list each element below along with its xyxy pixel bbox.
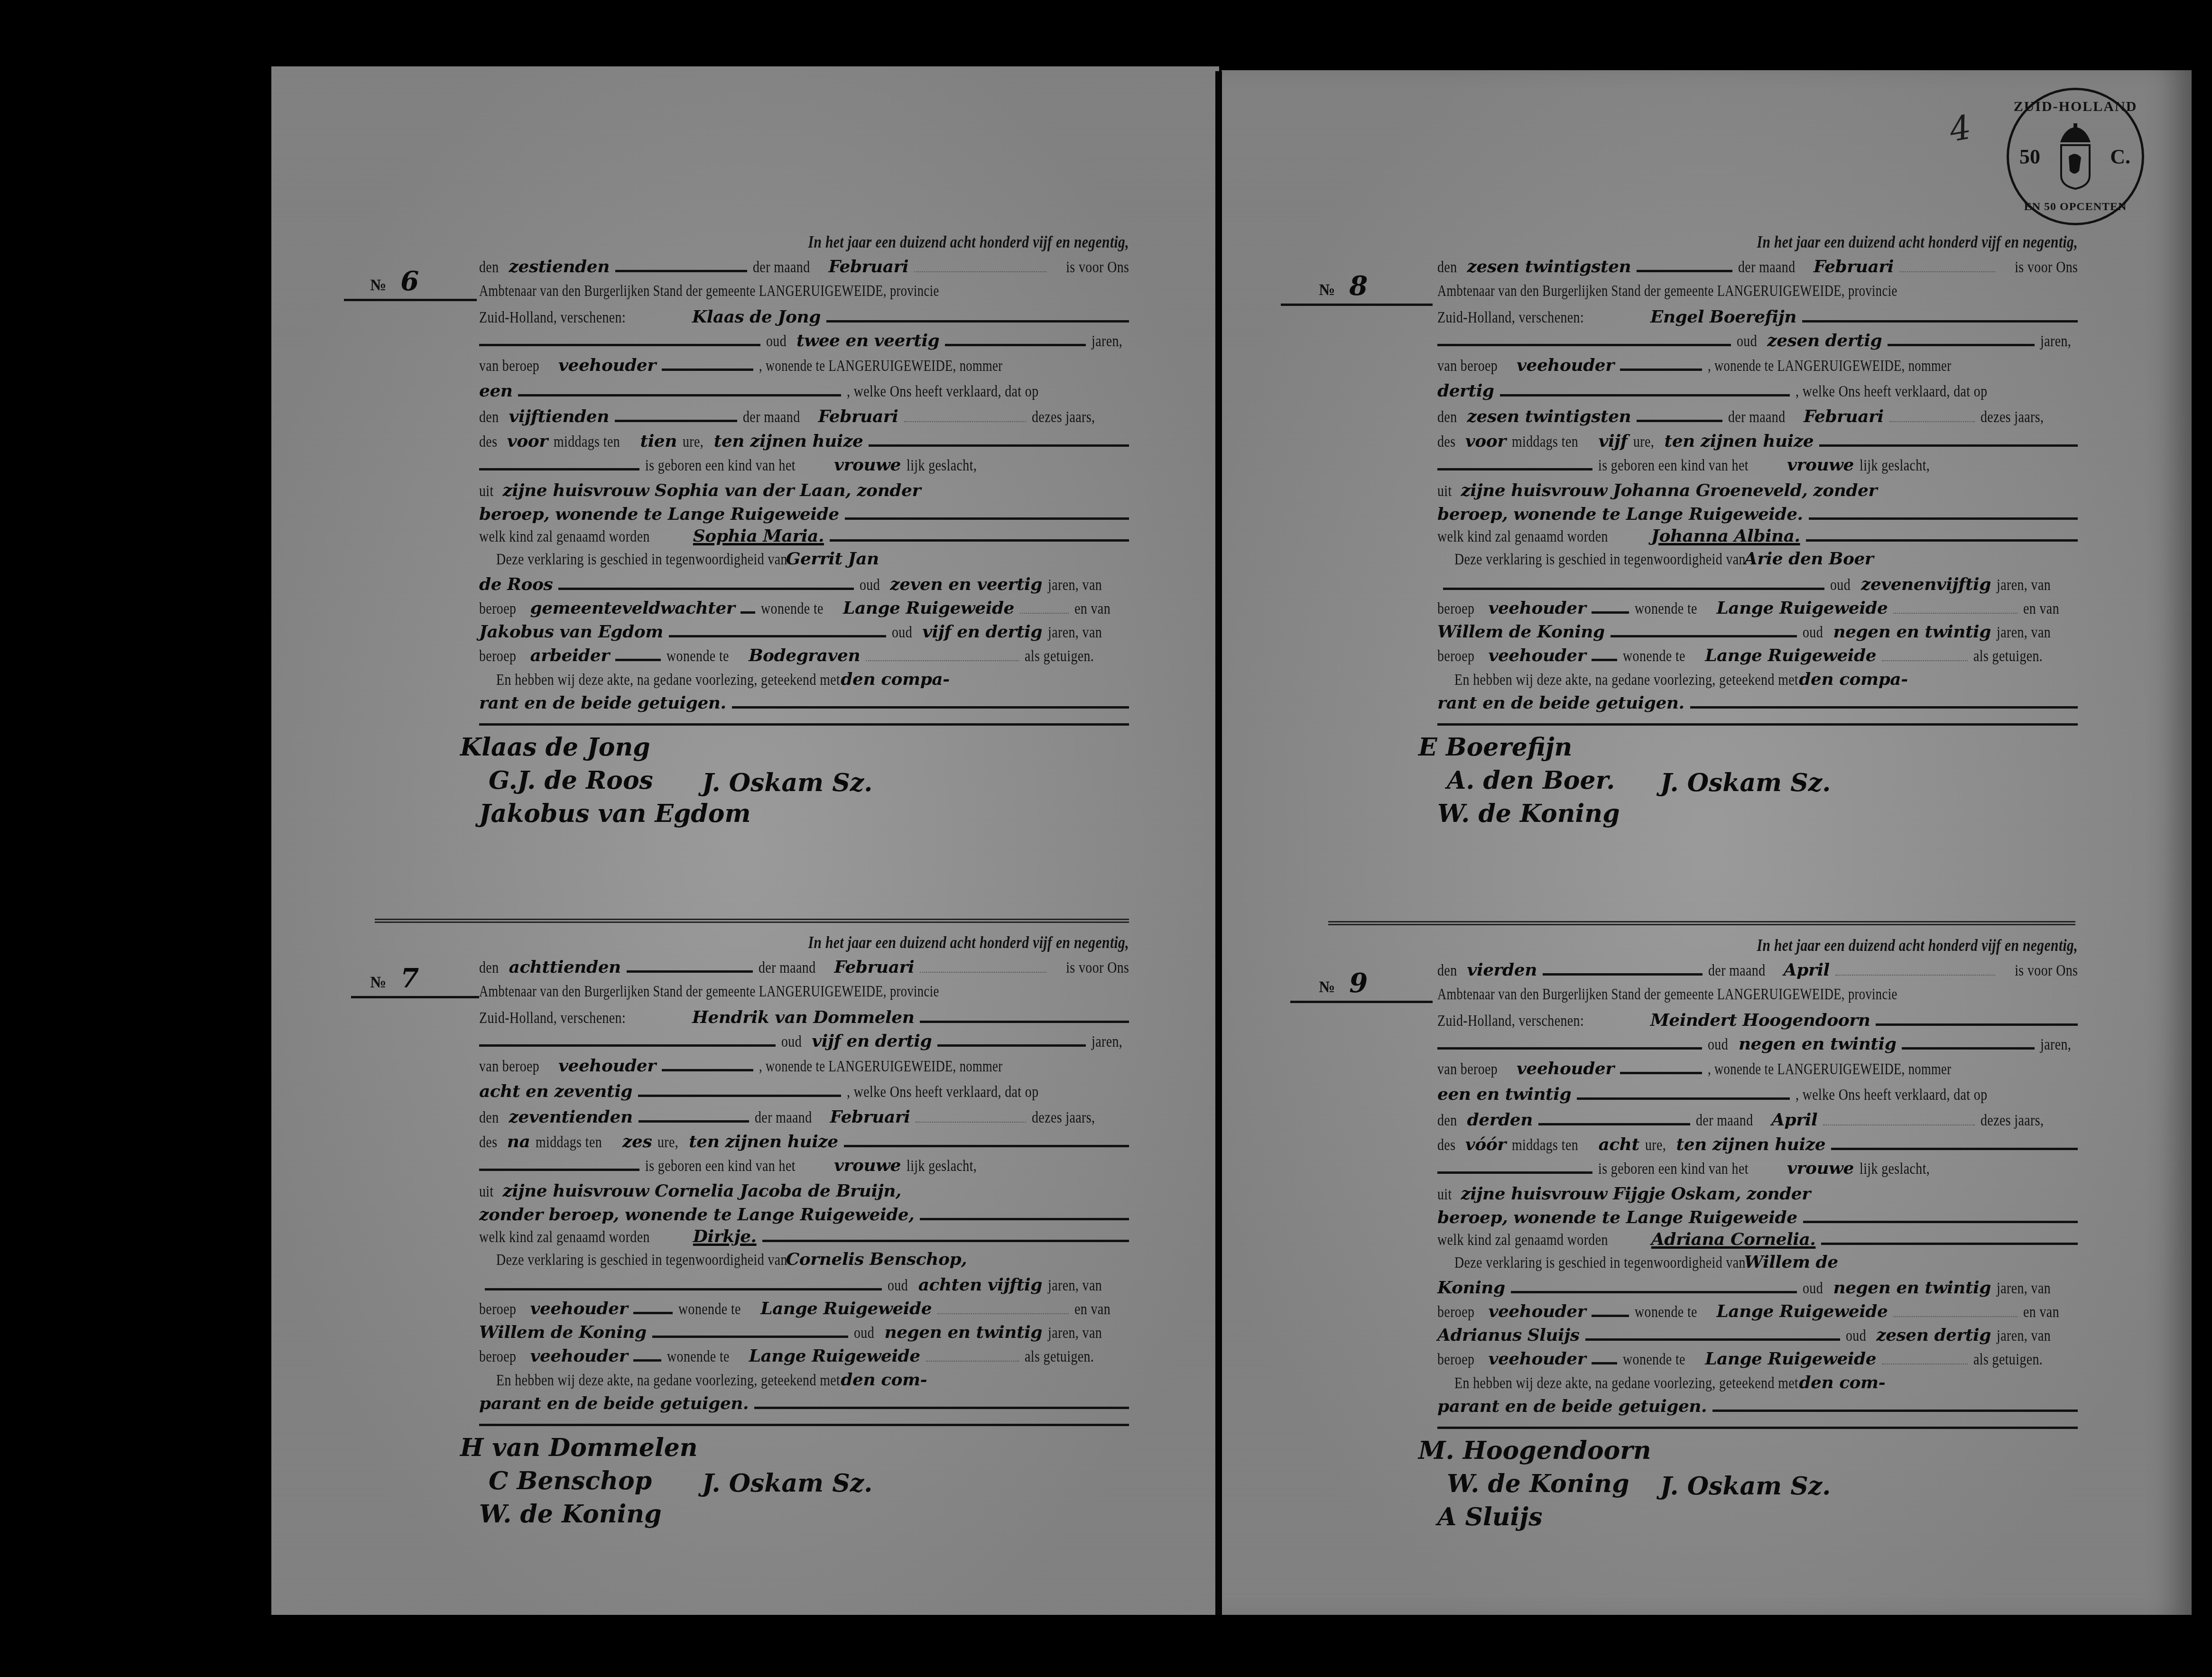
label-den-2: den: [479, 405, 499, 429]
label-oud-2: oud: [1803, 1277, 1823, 1300]
stamp-top-text: ZUID-HOLLAND: [2009, 99, 2142, 115]
label-is-geboren: is geboren een kind van het: [645, 454, 796, 478]
closing-rule: [479, 1424, 1129, 1426]
label-verschenen: Zuid-Holland, verschenen:: [479, 306, 626, 330]
witness2-age: negen en twintig: [1833, 620, 1991, 644]
label-der-maand-2: der maand: [755, 1106, 812, 1130]
label-dezes-jaars: dezes jaars,: [1981, 1109, 2044, 1133]
mother-line-1: zijne huisvrouw Sophia van der Laan, zon…: [502, 479, 920, 502]
declarant-occupation: veehouder: [1517, 1057, 1614, 1080]
label-van-beroep: van beroep: [479, 1055, 539, 1078]
label-deze-verklaring: Deze verklaring is geschied in tegenwoor…: [496, 1248, 787, 1272]
label-der-maand: der maand: [1708, 959, 1766, 983]
label-der-maand: der maand: [1738, 256, 1796, 279]
label-den: den: [479, 256, 499, 279]
stamp-bottom-text: EN 50 OPCENTEN: [2009, 201, 2142, 213]
witness1-line-1: Willem de: [1744, 1250, 1838, 1274]
label-en-hebben: En hebben wij deze akte, na gedane voorl…: [1454, 668, 1798, 692]
witness2-occupation: arbeider: [530, 644, 610, 667]
birth-month: Februari: [1804, 405, 1884, 428]
birth-place: ten zijnen huize: [1676, 1133, 1826, 1156]
witness1-line-1: Arie den Boer: [1744, 547, 1874, 571]
label-en-van: en van: [1074, 597, 1111, 621]
day-part: na: [507, 1130, 530, 1153]
birth-place: ten zijnen huize: [689, 1130, 838, 1153]
witness1-line-2: de Roos: [479, 572, 553, 596]
record-number: №7: [370, 963, 419, 994]
label-dezes-jaars: dezes jaars,: [1032, 1106, 1095, 1130]
record-number-rule: [1281, 304, 1433, 306]
signature-declarant: E Boerefijn: [1418, 733, 1572, 762]
label-welk-kind: welk kind zal genaamd worden: [1437, 1228, 1608, 1252]
birth-day: zeventienden: [509, 1105, 633, 1129]
label-ambtenaar: Ambtenaar van den Burgerlijken Stand der…: [479, 980, 939, 1004]
label-verschenen: Zuid-Holland, verschenen:: [479, 1006, 626, 1030]
witness1-residence: Lange Ruigeweide: [1717, 1299, 1888, 1323]
label-van-beroep: van beroep: [1437, 1058, 1498, 1081]
closing-text-1: den compa-: [841, 667, 949, 691]
label-beroep-2: beroep: [479, 1345, 516, 1369]
label-den-2: den: [1437, 405, 1457, 429]
label-lijk-geslacht: lijk geslacht,: [907, 454, 977, 478]
label-is-voor-ons: is voor Ons: [2015, 959, 2078, 983]
record-separator: [375, 919, 1129, 923]
label-beroep: beroep: [479, 597, 516, 621]
label-en-van: en van: [1074, 1298, 1111, 1321]
label-dezes-jaars: dezes jaars,: [1032, 405, 1095, 429]
year-header: In het jaar een duizend acht honderd vij…: [1757, 933, 2078, 957]
year-header: In het jaar een duizend acht honderd vij…: [808, 931, 1129, 954]
label-wonende-te-2: wonende te: [1623, 645, 1685, 668]
label-als-getuigen: als getuigen.: [1025, 645, 1094, 668]
label-beroep-2: beroep: [479, 645, 516, 668]
registration-day: achttienden: [509, 955, 621, 979]
label-beroep-2: beroep: [1437, 645, 1474, 668]
witness1-line-2: Koning: [1437, 1276, 1505, 1299]
label-welk-kind: welk kind zal genaamd worden: [1437, 525, 1608, 549]
record-number-value: 7: [400, 963, 419, 994]
mother-line-2: beroep, wonende te Lange Ruigeweide.: [1437, 502, 1803, 526]
child-name: Johanna Albina.: [1651, 524, 1800, 548]
label-oud: oud: [766, 330, 787, 353]
label-wonende-nommer: , wonende te LANGERUIGEWEIDE, nommer: [759, 1055, 1002, 1078]
label-wonende-te-2: wonende te: [666, 645, 729, 668]
label-welk-kind: welk kind zal genaamd worden: [479, 525, 650, 549]
label-deze-verklaring: Deze verklaring is geschied in tegenwoor…: [1454, 1251, 1746, 1275]
birth-month: Februari: [818, 405, 898, 428]
label-welke-ons: , welke Ons heeft verklaard, dat op: [1796, 380, 1988, 404]
child-sex: vrouwe: [834, 1153, 901, 1177]
birth-day: derden: [1467, 1108, 1533, 1132]
label-des: des: [479, 430, 497, 454]
label-middags-ten: middags ten: [1512, 430, 1578, 454]
record-number-value: 6: [400, 266, 419, 297]
declarant-occupation: veehouder: [558, 353, 656, 377]
label-jaren-van-2: jaren, van: [1997, 1324, 2051, 1348]
day-part: voor: [507, 429, 548, 453]
label-is-geboren: is geboren een kind van het: [1598, 454, 1749, 478]
label-ambtenaar: Ambtenaar van den Burgerlijken Stand der…: [1437, 279, 1897, 303]
witness1-occupation: gemeenteveldwachter: [530, 596, 735, 620]
label-is-geboren: is geboren een kind van het: [645, 1154, 796, 1178]
record-number-rule: [344, 299, 477, 301]
label-oud-3: oud: [854, 1321, 874, 1345]
label-wonende-te: wonende te: [1635, 597, 1697, 621]
label-ure: ure,: [657, 1131, 678, 1154]
revenue-stamp: ZUID-HOLLAND 50 C. EN 50 OPCENTEN: [2007, 88, 2144, 225]
signature-registrar: J. Oskam Sz.: [702, 1469, 872, 1498]
label-wonende-te: wonende te: [678, 1298, 741, 1321]
label-deze-verklaring: Deze verklaring is geschied in tegenwoor…: [1454, 548, 1746, 571]
declarant-name: Engel Boerefijn: [1650, 305, 1796, 329]
label-der-maand-2: der maand: [1728, 405, 1786, 429]
label-uit: uit: [1437, 1183, 1452, 1207]
witness1-age: zeven en veertig: [890, 572, 1042, 596]
label-des: des: [1437, 1133, 1455, 1157]
witness1-age: negen en twintig: [1833, 1276, 1991, 1299]
label-jaren: jaren,: [1092, 1030, 1122, 1054]
witness1-residence: Lange Ruigeweide: [1717, 596, 1888, 620]
witness2-name: Adrianus Sluijs: [1437, 1323, 1580, 1347]
witness2-age: vijf en dertig: [922, 620, 1042, 644]
label-des: des: [479, 1131, 497, 1154]
label-jaren: jaren,: [2040, 330, 2071, 353]
birth-hour: tien: [640, 429, 677, 453]
label-en-hebben: En hebben wij deze akte, na gedane voorl…: [1454, 1372, 1798, 1395]
label-beroep: beroep: [1437, 1300, 1474, 1324]
registration-day: zesen twintigsten: [1467, 255, 1631, 278]
signature-witness-2: W. de Koning: [479, 1500, 662, 1529]
birth-day: zesen twintigsten: [1467, 405, 1631, 428]
book-gutter: [1215, 71, 1222, 1615]
label-der-maand-2: der maand: [743, 405, 800, 429]
closing-text-2: parant en de beide getuigen.: [1437, 1394, 1707, 1418]
label-en-hebben: En hebben wij deze akte, na gedane voorl…: [496, 1369, 840, 1392]
label-middags-ten: middags ten: [554, 430, 620, 454]
witness1-age: achten vijftig: [918, 1273, 1042, 1297]
signature-witness-2: W. de Koning: [1437, 799, 1620, 828]
label-als-getuigen: als getuigen.: [1025, 1345, 1094, 1369]
label-oud: oud: [1708, 1033, 1728, 1057]
label-den: den: [479, 956, 499, 980]
label-oud-2: oud: [888, 1274, 908, 1298]
number-prefix: №: [1319, 978, 1335, 996]
label-beroep: beroep: [479, 1298, 516, 1321]
label-ambtenaar: Ambtenaar van den Burgerlijken Stand der…: [479, 279, 939, 303]
label-lijk-geslacht: lijk geslacht,: [907, 1154, 977, 1178]
child-name: Sophia Maria.: [693, 524, 824, 548]
label-ambtenaar: Ambtenaar van den Burgerlijken Stand der…: [1437, 983, 1897, 1006]
record-number-rule: [1290, 1001, 1433, 1003]
day-part: vóór: [1465, 1133, 1506, 1156]
declarant-name: Meindert Hoogendoorn: [1650, 1008, 1870, 1032]
record-number: №6: [370, 266, 419, 297]
label-jaren: jaren,: [1092, 330, 1122, 353]
label-jaren-van: jaren, van: [1048, 1274, 1102, 1298]
label-jaren-van: jaren, van: [1997, 573, 2051, 597]
crowned-lion-shield-icon: [2055, 123, 2095, 190]
witness1-residence: Lange Ruigeweide: [760, 1297, 932, 1320]
witness1-residence: Lange Ruigeweide: [843, 596, 1014, 620]
signature-declarant: M. Hoogendoorn: [1418, 1436, 1651, 1465]
witness2-age: negen en twintig: [885, 1320, 1042, 1344]
birth-hour: zes: [622, 1130, 652, 1153]
signature-registrar: J. Oskam Sz.: [702, 768, 872, 797]
witness2-residence: Lange Ruigeweide: [1705, 644, 1876, 667]
record-number: №9: [1319, 967, 1368, 999]
closing-rule: [479, 723, 1129, 726]
record-number-value: 9: [1349, 967, 1368, 999]
label-is-voor-ons: is voor Ons: [1066, 256, 1129, 279]
label-jaren-van: jaren, van: [1997, 1277, 2051, 1300]
label-oud-3: oud: [1803, 621, 1823, 645]
witness2-occupation: veehouder: [1489, 1347, 1586, 1371]
label-welke-ons: , welke Ons heeft verklaard, dat op: [847, 380, 1039, 404]
house-number: een en twintig: [1437, 1082, 1571, 1106]
label-is-voor-ons: is voor Ons: [2015, 256, 2078, 279]
signature-witness-1: G.J. de Roos: [489, 766, 653, 795]
stamp-value: 50: [2019, 145, 2040, 169]
label-jaren: jaren,: [2040, 1033, 2071, 1057]
label-wonende-nommer: , wonende te LANGERUIGEWEIDE, nommer: [1708, 354, 1951, 378]
registration-day: zestienden: [509, 255, 610, 278]
declarant-name: Hendrik van Dommelen: [692, 1005, 914, 1029]
house-number: dertig: [1437, 379, 1494, 403]
label-beroep: beroep: [1437, 597, 1474, 621]
label-als-getuigen: als getuigen.: [1973, 1348, 2043, 1372]
house-number: acht en zeventig: [479, 1079, 632, 1103]
label-wonende-nommer: , wonende te LANGERUIGEWEIDE, nommer: [759, 354, 1002, 378]
mother-line-1: zijne huisvrouw Cornelia Jacoba de Bruij…: [502, 1179, 901, 1203]
declarant-occupation: veehouder: [1517, 353, 1614, 377]
child-sex: vrouwe: [1787, 1156, 1854, 1180]
number-prefix: №: [370, 276, 386, 294]
year-header: In het jaar een duizend acht honderd vij…: [1757, 230, 2078, 254]
label-oud-3: oud: [892, 621, 912, 645]
number-prefix: №: [370, 974, 386, 991]
witness1-line-1: Gerrit Jan: [786, 547, 879, 571]
signature-witness-2: A Sluijs: [1437, 1502, 1542, 1531]
label-jaren-van-2: jaren, van: [1997, 621, 2051, 645]
registration-day: vierden: [1467, 958, 1537, 982]
label-als-getuigen: als getuigen.: [1973, 645, 2043, 668]
witness1-line-1: Cornelis Benschop,: [786, 1247, 967, 1271]
signature-registrar: J. Oskam Sz.: [1660, 768, 1831, 797]
label-uit: uit: [479, 479, 494, 503]
witness1-occupation: veehouder: [1489, 1299, 1586, 1323]
witness2-occupation: veehouder: [1489, 644, 1586, 667]
label-wonende-te-2: wonende te: [667, 1345, 730, 1369]
label-den: den: [1437, 959, 1457, 983]
label-is-geboren: is geboren een kind van het: [1598, 1157, 1749, 1181]
birth-day: vijftienden: [509, 405, 609, 428]
registration-month: April: [1784, 958, 1830, 982]
registration-month: Februari: [1814, 255, 1894, 278]
mother-line-1: zijne huisvrouw Johanna Groeneveld, zond…: [1461, 479, 1877, 502]
witness1-occupation: veehouder: [1489, 596, 1586, 620]
closing-text-1: den com-: [1799, 1371, 1885, 1394]
mother-line-1: zijne huisvrouw Fijgje Oskam, zonder: [1461, 1182, 1810, 1206]
signature-witness-2: Jakobus van Egdom: [479, 799, 750, 828]
label-welke-ons: , welke Ons heeft verklaard, dat op: [1796, 1083, 1988, 1107]
witness2-name: Jakobus van Egdom: [479, 620, 663, 644]
label-oud-2: oud: [860, 573, 880, 597]
birth-month: April: [1771, 1108, 1817, 1132]
label-den: den: [1437, 256, 1457, 279]
label-dezes-jaars: dezes jaars,: [1981, 405, 2044, 429]
label-deze-verklaring: Deze verklaring is geschied in tegenwoor…: [496, 548, 787, 571]
witness2-residence: Bodegraven: [749, 644, 860, 667]
signature-declarant: Klaas de Jong: [460, 733, 650, 762]
day-part: voor: [1465, 429, 1506, 453]
closing-text-2: rant en de beide getuigen.: [1437, 691, 1684, 715]
witness2-age: zesen dertig: [1876, 1323, 1991, 1347]
label-en-van: en van: [2023, 597, 2059, 621]
closing-rule: [1437, 723, 2078, 726]
label-ure: ure,: [1633, 430, 1654, 454]
label-wonende-te: wonende te: [1635, 1300, 1697, 1324]
label-oud: oud: [781, 1030, 802, 1054]
label-oud-3: oud: [1846, 1324, 1866, 1348]
label-middags-ten: middags ten: [536, 1131, 602, 1154]
record-number: №8: [1319, 270, 1368, 302]
label-wonende-te-2: wonende te: [1623, 1348, 1685, 1372]
year-header: In het jaar een duizend acht honderd vij…: [808, 230, 1129, 254]
label-welk-kind: welk kind zal genaamd worden: [479, 1225, 650, 1249]
witness2-residence: Lange Ruigeweide: [1705, 1347, 1876, 1371]
label-verschenen: Zuid-Holland, verschenen:: [1437, 306, 1584, 330]
declarant-age: vijf en dertig: [812, 1029, 932, 1053]
declarant-name: Klaas de Jong: [692, 305, 821, 329]
label-der-maand-2: der maand: [1696, 1109, 1753, 1133]
registration-month: Februari: [828, 255, 908, 278]
label-is-voor-ons: is voor Ons: [1066, 956, 1129, 980]
label-verschenen: Zuid-Holland, verschenen:: [1437, 1009, 1584, 1033]
signature-witness-1: A. den Boer.: [1447, 766, 1615, 795]
birth-place: ten zijnen huize: [714, 429, 863, 453]
declarant-age: zesen dertig: [1767, 329, 1882, 352]
birth-hour: vijf: [1599, 429, 1628, 453]
label-ure: ure,: [1645, 1133, 1666, 1157]
declarant-occupation: veehouder: [558, 1054, 656, 1078]
mother-line-2: beroep, wonende te Lange Ruigeweide: [1437, 1206, 1797, 1229]
label-en-hebben: En hebben wij deze akte, na gedane voorl…: [496, 668, 840, 692]
label-des: des: [1437, 430, 1455, 454]
label-der-maand: der maand: [753, 256, 810, 279]
label-uit: uit: [1437, 479, 1452, 503]
label-der-maand: der maand: [759, 956, 816, 980]
child-name: Dirkje.: [693, 1225, 757, 1248]
label-middags-ten: middags ten: [1512, 1133, 1578, 1157]
closing-text-1: den compa-: [1799, 667, 1907, 691]
label-den-2: den: [1437, 1109, 1457, 1133]
birth-place: ten zijnen huize: [1665, 429, 1814, 453]
closing-rule: [1437, 1427, 2078, 1429]
stamp-unit: C.: [2110, 145, 2130, 169]
closing-text-2: rant en de beide getuigen.: [479, 691, 726, 715]
label-welke-ons: , welke Ons heeft verklaard, dat op: [847, 1080, 1039, 1104]
label-oud-2: oud: [1830, 573, 1851, 597]
birth-month: Februari: [830, 1105, 910, 1129]
label-beroep-2: beroep: [1437, 1348, 1474, 1372]
house-number: een: [479, 379, 512, 403]
label-wonende-te: wonende te: [761, 597, 824, 621]
child-sex: vrouwe: [834, 453, 901, 477]
signature-witness-1: C Benschop: [489, 1466, 652, 1495]
label-uit: uit: [479, 1180, 494, 1204]
closing-text-1: den com-: [841, 1368, 927, 1391]
label-oud: oud: [1737, 330, 1757, 353]
label-jaren-van-2: jaren, van: [1048, 1321, 1102, 1345]
label-wonende-nommer: , wonende te LANGERUIGEWEIDE, nommer: [1708, 1058, 1951, 1081]
witness2-occupation: veehouder: [530, 1344, 628, 1368]
witness2-name: Willem de Koning: [1437, 620, 1605, 644]
label-lijk-geslacht: lijk geslacht,: [1860, 454, 1930, 478]
child-sex: vrouwe: [1787, 453, 1854, 477]
label-en-van: en van: [2023, 1300, 2059, 1324]
birth-hour: acht: [1599, 1133, 1639, 1156]
signature-witness-1: W. de Koning: [1447, 1469, 1629, 1498]
witness2-name: Willem de Koning: [479, 1320, 647, 1344]
closing-text-2: parant en de beide getuigen.: [479, 1391, 749, 1415]
label-van-beroep: van beroep: [1437, 354, 1498, 378]
child-name: Adriana Cornelia.: [1651, 1227, 1816, 1251]
declarant-age: negen en twintig: [1739, 1032, 1896, 1056]
label-lijk-geslacht: lijk geslacht,: [1860, 1157, 1930, 1181]
witness2-residence: Lange Ruigeweide: [749, 1344, 920, 1368]
witness1-age: zevenenvijftig: [1861, 572, 1991, 596]
mother-line-2: zonder beroep, wonende te Lange Ruigewei…: [479, 1203, 914, 1226]
label-jaren-van-2: jaren, van: [1048, 621, 1102, 645]
label-jaren-van: jaren, van: [1048, 573, 1102, 597]
signature-registrar: J. Oskam Sz.: [1660, 1472, 1831, 1501]
declarant-age: twee en veertig: [796, 329, 939, 352]
record-number-rule: [351, 996, 479, 998]
witness1-occupation: veehouder: [530, 1297, 628, 1320]
registration-month: Februari: [834, 955, 914, 979]
signature-declarant: H van Dommelen: [460, 1433, 698, 1462]
label-van-beroep: van beroep: [479, 354, 539, 378]
mother-line-2: beroep, wonende te Lange Ruigeweide: [479, 502, 839, 526]
record-number-value: 8: [1349, 270, 1368, 302]
record-separator: [1328, 921, 2075, 925]
number-prefix: №: [1319, 281, 1335, 299]
label-ure: ure,: [683, 430, 703, 454]
label-den-2: den: [479, 1106, 499, 1130]
